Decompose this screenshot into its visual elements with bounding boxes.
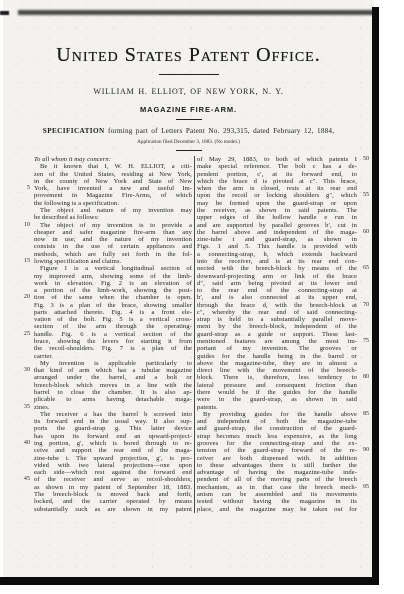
text-line: provement in Magazine Fire-Arms, of whic… bbox=[20, 192, 192, 199]
line-number bbox=[359, 440, 372, 447]
line-text: tion of the same when the chamber is ope… bbox=[34, 294, 192, 301]
line-text: The receiver a has the barrel b screwed … bbox=[34, 411, 192, 418]
text-line: pendent portion, c′, at its forward end,… bbox=[197, 171, 372, 178]
line-number bbox=[20, 316, 32, 323]
line-text: and guard-strap, the construction of the… bbox=[197, 425, 357, 432]
text-line: a portion of the limb-work, showing the … bbox=[20, 287, 192, 294]
text-line: zine-tube t and guard-strap, as shown in bbox=[197, 236, 372, 243]
line-number bbox=[359, 433, 372, 440]
line-text: lateral pressure and consequent friction… bbox=[197, 382, 357, 389]
text-line: zine-tube t. The upward projection, g′, … bbox=[20, 455, 192, 462]
line-number bbox=[359, 462, 372, 469]
line-number: 15 bbox=[20, 258, 32, 265]
text-line: as shown in my patent of September 18, 1… bbox=[20, 484, 192, 491]
text-line: My invention is applicable particularly … bbox=[20, 360, 192, 367]
text-line: the following is a specification. bbox=[20, 200, 192, 207]
paper: United States Patent Office. WILLIAM H. … bbox=[3, 0, 374, 578]
line-number bbox=[20, 178, 32, 185]
text-line: h′, and is also connected at its upper e… bbox=[197, 294, 372, 301]
text-line: has upon its forward end an upward-proje… bbox=[20, 433, 192, 440]
line-text: a connecting-strap, h, which extends bac… bbox=[197, 251, 357, 258]
text-line: arranged under the barrel, and a bolt or bbox=[20, 374, 192, 381]
text-line: tested without having the magazine in it… bbox=[197, 498, 372, 505]
line-text: guard-strap as a guide or support. These… bbox=[197, 331, 357, 338]
line-number: 40 bbox=[20, 440, 32, 447]
line-text: Fig. 3 is a plan of the brace, showing s… bbox=[34, 302, 192, 309]
line-number bbox=[359, 316, 372, 323]
line-number bbox=[20, 498, 32, 505]
line-text: the barrel above and independent of the … bbox=[197, 229, 357, 236]
line-text: block. There is, therefore, less tendenc… bbox=[197, 374, 357, 381]
text-line: now in use; and the nature of my inventi… bbox=[20, 236, 192, 243]
line-number bbox=[359, 251, 372, 258]
invention-title: MAGAZINE FIRE-ARM. bbox=[3, 105, 374, 114]
line-text: has upon its forward end an upward-proje… bbox=[34, 433, 192, 440]
line-number bbox=[20, 229, 32, 236]
text-line: work in elevation. Fig. 2 is an elevatio… bbox=[20, 280, 192, 287]
line-text: and are supported by parallel grooves b′… bbox=[197, 222, 357, 229]
line-text: may be formed upon the guard-strap or up… bbox=[197, 200, 357, 207]
text-line: 30that kind of arm which has a tubular m… bbox=[20, 367, 192, 374]
text-line: grooves for the connecting-strap and the… bbox=[197, 440, 372, 447]
text-line: guides for the handle being in the barre… bbox=[197, 353, 372, 360]
text-line: The receiver a has the barrel b screwed … bbox=[20, 411, 192, 418]
line-text: mentioned features are among the most im… bbox=[197, 338, 357, 345]
line-text: York, have invented a new and useful Im- bbox=[34, 185, 192, 192]
line-text: ports the guard-strap g. This latter dev… bbox=[34, 425, 192, 432]
text-line: carrier. bbox=[20, 353, 192, 360]
text-line: 15lowing specification and claims. bbox=[20, 258, 192, 265]
line-text: the receiver, as shown in said patents. … bbox=[197, 207, 357, 214]
line-text: grooves for the connecting-strap and the… bbox=[197, 440, 357, 447]
line-text: ceiver are both dispensed with. In addit… bbox=[197, 455, 357, 462]
line-text: The object and nature of my invention ma… bbox=[34, 207, 192, 214]
text-line: and are supported by parallel grooves b′… bbox=[197, 222, 372, 229]
line-number: 85 bbox=[359, 411, 372, 418]
text-line: ports the guard-strap g. This latter dev… bbox=[20, 425, 192, 432]
line-text: My invention is applicable particularly … bbox=[34, 360, 192, 367]
line-number bbox=[20, 171, 32, 178]
line-number bbox=[20, 353, 32, 360]
line-number bbox=[359, 469, 372, 476]
line-number bbox=[20, 462, 32, 469]
column-left: To all whom it may concern:Be it known t… bbox=[20, 156, 192, 513]
header-divider bbox=[159, 74, 219, 75]
scan-edge-top-left bbox=[0, 11, 9, 15]
line-text: a portion of the limb-work, showing the … bbox=[34, 287, 192, 294]
line-number bbox=[20, 411, 32, 418]
line-number: 60 bbox=[359, 229, 372, 236]
text-line: tension of the guard-strap forward of th… bbox=[197, 447, 372, 454]
line-number bbox=[359, 171, 372, 178]
line-text: place, and the magazine may be taken out… bbox=[197, 506, 357, 513]
line-number bbox=[20, 200, 32, 207]
line-number bbox=[359, 425, 372, 432]
line-number: 35 bbox=[20, 404, 32, 411]
line-text: were in the guard-strap, as shown in sai… bbox=[197, 396, 357, 403]
line-number: 80 bbox=[359, 374, 372, 381]
line-number bbox=[359, 491, 372, 498]
line-number: 75 bbox=[359, 338, 372, 345]
line-number bbox=[359, 243, 372, 250]
text-line: 40ing portion, g′, which is bored throug… bbox=[20, 440, 192, 447]
text-line: Figs. 1 and 5. This handle is provided w… bbox=[197, 243, 372, 250]
line-text: h′, and is also connected at its upper e… bbox=[197, 294, 357, 301]
scan-edge-bottom bbox=[0, 577, 379, 585]
line-text: into the receiver, and is at its rear en… bbox=[197, 258, 357, 265]
text-line: there would be if the guides for the han… bbox=[197, 389, 372, 396]
line-text: and independent of both the magazine-tub… bbox=[197, 418, 357, 425]
text-line: section of the arm through the operating… bbox=[20, 323, 192, 330]
line-number bbox=[359, 309, 372, 316]
text-line: be described as follows: bbox=[20, 214, 192, 221]
line-text: The object of my invention is to provide… bbox=[34, 222, 192, 229]
line-text: pendent portion, c′, at its forward end,… bbox=[197, 171, 357, 178]
text-line: 10The object of my invention is to provi… bbox=[20, 222, 192, 229]
line-number bbox=[20, 163, 32, 170]
line-text: to the rear end of the connecting-strap … bbox=[197, 287, 357, 294]
text-line: its forward end in the usual way. It als… bbox=[20, 418, 192, 425]
patent-page-scan: United States Patent Office. WILLIAM H. … bbox=[0, 0, 404, 594]
line-number: 30 bbox=[20, 367, 32, 374]
line-number bbox=[20, 338, 32, 345]
text-line: The object and nature of my invention ma… bbox=[20, 207, 192, 214]
spec-divider bbox=[176, 150, 202, 151]
line-number bbox=[359, 178, 372, 185]
line-text: upon the recoil or locking shoulders g″,… bbox=[197, 192, 357, 199]
line-text: handle. Fig. 6 is a vertical section of … bbox=[34, 331, 192, 338]
text-line: upon the recoil or locking shoulders g″,… bbox=[197, 192, 372, 199]
specification-text: forming part of Letters Patent No. 293,3… bbox=[108, 127, 334, 135]
line-text: By providing guides for the handle above bbox=[197, 411, 357, 418]
line-text: tension of the guard-strap forward of th… bbox=[197, 447, 357, 454]
line-number bbox=[20, 360, 32, 367]
line-number bbox=[20, 433, 32, 440]
scan-edge-right bbox=[372, 7, 379, 584]
line-text: anism can be assembled and its movements bbox=[197, 491, 357, 498]
line-number bbox=[359, 200, 372, 207]
line-number bbox=[20, 273, 32, 280]
text-line: direct line with the movement of the bre… bbox=[197, 367, 372, 374]
text-line: make special reference. The bolt c has a… bbox=[197, 163, 372, 170]
text-line: my improved arm, showing some of the lim… bbox=[20, 273, 192, 280]
line-text: upper edges of the hollow handle e run i… bbox=[197, 214, 357, 221]
text-line: in the county of New York and State of N… bbox=[20, 178, 192, 185]
line-number bbox=[359, 382, 372, 389]
text-line: substantially such as are shown in my pa… bbox=[20, 506, 192, 513]
text-line: when the arm is closed, rests at its rea… bbox=[197, 185, 372, 192]
text-line: to these advantages there is still furth… bbox=[197, 462, 372, 469]
line-text: nected with the breech-block by means of… bbox=[197, 265, 357, 272]
text-line: a connecting-strap, h, which extends bac… bbox=[197, 251, 372, 258]
line-number bbox=[20, 280, 32, 287]
text-line: mentioned features are among the most im… bbox=[197, 338, 372, 345]
line-text: substantially such as are shown in my pa… bbox=[34, 506, 192, 513]
text-line: d″, said arm being pivoted at its lower … bbox=[197, 280, 372, 287]
line-number bbox=[20, 236, 32, 243]
line-text: through the brace d, with the breech-blo… bbox=[197, 302, 357, 309]
line-text: strap is held to a substantially paralle… bbox=[197, 316, 357, 323]
text-line: anism can be assembled and its movements bbox=[197, 491, 372, 498]
text-line: vided with two lateral projections—one u… bbox=[20, 462, 192, 469]
text-line: lateral pressure and consequent friction… bbox=[197, 382, 372, 389]
line-text: d″, said arm being pivoted at its lower … bbox=[197, 280, 357, 287]
line-text: section of the arm through the operating… bbox=[34, 323, 192, 330]
line-number bbox=[359, 323, 372, 330]
line-number bbox=[20, 447, 32, 454]
line-text: consists in the use of certain appliance… bbox=[34, 243, 192, 250]
line-text: strap becomes much less expensive, as th… bbox=[197, 433, 357, 440]
text-line: 35zines. bbox=[20, 404, 192, 411]
text-line: brace, showing the levers for starting i… bbox=[20, 338, 192, 345]
inventor-line: WILLIAM H. ELLIOT, OF NEW YORK, N. Y. bbox=[3, 87, 374, 96]
line-number bbox=[359, 345, 372, 352]
line-text: vation of the bolt. Fig. 5 is a vertical… bbox=[34, 316, 192, 323]
line-text: To all whom it may concern: bbox=[34, 156, 192, 163]
text-line: To all whom it may concern: bbox=[20, 156, 192, 163]
text-line: Figure 1 is a vertical longitudinal sect… bbox=[20, 265, 192, 272]
line-text: of May 29, 1883, to both of which patent… bbox=[197, 156, 357, 163]
line-number bbox=[20, 418, 32, 425]
line-text: to these advantages there is still furth… bbox=[197, 462, 357, 469]
line-number bbox=[20, 374, 32, 381]
line-number bbox=[359, 404, 372, 411]
line-text: vided with two lateral projections—one u… bbox=[34, 462, 192, 469]
line-text: advantage of having the magazine-tube in… bbox=[197, 469, 357, 476]
line-number bbox=[20, 323, 32, 330]
line-number bbox=[20, 382, 32, 389]
line-number: 45 bbox=[20, 476, 32, 483]
line-text: provement in Magazine Fire-Arms, of whic… bbox=[34, 192, 192, 199]
text-line: advantage of having the magazine-tube in… bbox=[197, 469, 372, 476]
line-text: that kind of arm which has a tubular mag… bbox=[34, 367, 192, 374]
line-number bbox=[359, 214, 372, 221]
text-line: c″, whereby the rear end of said connect… bbox=[197, 309, 372, 316]
application-line: Application filed December 3, 1883. (No … bbox=[3, 139, 374, 145]
line-text: zine-tube t and guard-strap, as shown in bbox=[197, 236, 357, 243]
line-text: now in use; and the nature of my inventi… bbox=[34, 236, 192, 243]
line-text: locked, and the carrier operated by mean… bbox=[34, 498, 192, 505]
line-number: 65 bbox=[359, 265, 372, 272]
line-text: cheaper and safer magazine fire-arm than… bbox=[34, 229, 192, 236]
line-number bbox=[359, 367, 372, 374]
line-text: work in elevation. Fig. 2 is an elevatio… bbox=[34, 280, 192, 287]
line-number bbox=[20, 243, 32, 250]
text-line: cheaper and safer magazine fire-arm than… bbox=[20, 229, 192, 236]
text-line: patents. bbox=[197, 404, 372, 411]
line-text: portant of my invention. The grooves or bbox=[197, 345, 357, 352]
text-line: plicable to arms having detachable maga- bbox=[20, 396, 192, 403]
line-text: make special reference. The bolt c has a… bbox=[197, 163, 357, 170]
text-line: into the receiver, and is at its rear en… bbox=[197, 258, 372, 265]
line-number bbox=[20, 309, 32, 316]
line-text: c″, whereby the rear end of said connect… bbox=[197, 309, 357, 316]
line-text: zines. bbox=[34, 404, 192, 411]
line-number: 25 bbox=[20, 331, 32, 338]
text-line: methods, which are fully set forth in th… bbox=[20, 251, 192, 258]
text-line: block. There is, therefore, less tendenc… bbox=[197, 374, 372, 381]
text-line: 20tion of the same when the chamber is o… bbox=[20, 294, 192, 301]
text-line: pendent of all of the moving parts of th… bbox=[197, 476, 372, 483]
text-line: of May 29, 1883, to both of which patent… bbox=[197, 156, 372, 163]
line-text: of the receiver and serve as recoil-shou… bbox=[34, 476, 192, 483]
line-text: methods, which are fully set forth in th… bbox=[34, 251, 192, 258]
line-text: breech-block which moves in a line with … bbox=[34, 382, 192, 389]
line-text: parts attached thereto. Fig. 4 is a fron… bbox=[34, 309, 192, 316]
line-number bbox=[20, 214, 32, 221]
line-text: in the county of New York and State of N… bbox=[34, 178, 192, 185]
line-number bbox=[20, 506, 32, 513]
line-number: 70 bbox=[359, 302, 372, 309]
text-line: strap becomes much less expensive, as th… bbox=[197, 433, 372, 440]
line-text: lowing specification and claims. bbox=[34, 258, 192, 265]
text-line: Fig. 3 is a plan of the brace, showing s… bbox=[20, 302, 192, 309]
line-number: 50 bbox=[359, 156, 372, 163]
text-line: the barrel above and independent of the … bbox=[197, 229, 372, 236]
line-number bbox=[359, 331, 372, 338]
line-number: 95 bbox=[359, 484, 372, 491]
text-line: breech-block which moves in a line with … bbox=[20, 382, 192, 389]
line-number bbox=[20, 265, 32, 272]
line-number bbox=[20, 287, 32, 294]
line-text: zine-tube t. The upward projection, g′, … bbox=[34, 455, 192, 462]
text-line: locked, and the carrier operated by mean… bbox=[20, 498, 192, 505]
line-number bbox=[359, 185, 372, 192]
column-right: of May 29, 1883, to both of which patent… bbox=[197, 156, 372, 513]
text-line: which the brace d is pivoted at c″. This… bbox=[197, 178, 372, 185]
line-text: be described as follows: bbox=[34, 214, 192, 221]
line-text: ment by the breech-block, independent of… bbox=[197, 323, 357, 330]
text-line: ceive and support the rear end of the ma… bbox=[20, 447, 192, 454]
column-divider bbox=[194, 156, 195, 513]
specification-body: To all whom it may concern:Be it known t… bbox=[20, 156, 372, 513]
line-number bbox=[359, 222, 372, 229]
text-line: consists in the use of certain appliance… bbox=[20, 243, 192, 250]
line-text: barrel to close the chamber. It is also … bbox=[34, 389, 192, 396]
text-line: 45of the receiver and serve as recoil-sh… bbox=[20, 476, 192, 483]
line-text: zen of the United States, residing at Ne… bbox=[34, 171, 192, 178]
line-text: plicable to arms having detachable maga- bbox=[34, 396, 192, 403]
line-number bbox=[20, 192, 32, 199]
text-line: ment by the breech-block, independent of… bbox=[197, 323, 372, 330]
scan-edge-top bbox=[18, 10, 374, 15]
line-number bbox=[359, 294, 372, 301]
text-line: parts attached thereto. Fig. 4 is a fron… bbox=[20, 309, 192, 316]
line-text: Figs. 1 and 5. This handle is provided w… bbox=[197, 243, 357, 250]
title-divider bbox=[176, 119, 202, 120]
text-line: through the brace d, with the breech-blo… bbox=[197, 302, 372, 309]
patent-header: United States Patent Office. WILLIAM H. … bbox=[3, 44, 374, 151]
line-number bbox=[359, 287, 372, 294]
text-line: place, and the magazine may be taken out… bbox=[197, 506, 372, 513]
line-number bbox=[359, 506, 372, 513]
line-number bbox=[359, 498, 372, 505]
text-line: The breech-block is moved back and forth… bbox=[20, 491, 192, 498]
text-line: barrel to close the chamber. It is also … bbox=[20, 389, 192, 396]
line-text: the recoil-shoulders. Fig. 7 is a plan o… bbox=[34, 345, 192, 352]
text-line: downward-projecting arm or link of the b… bbox=[197, 273, 372, 280]
line-number bbox=[359, 455, 372, 462]
office-title: United States Patent Office. bbox=[3, 44, 374, 66]
text-line: ceiver are both dispensed with. In addit… bbox=[197, 455, 372, 462]
line-text: patents. bbox=[197, 404, 357, 411]
text-line: 25handle. Fig. 6 is a vertical section o… bbox=[20, 331, 192, 338]
line-text: above the magazine-tube, they are in alm… bbox=[197, 360, 357, 367]
text-line: each side—which rest against the forward… bbox=[20, 469, 192, 476]
line-text: tested without having the magazine in it… bbox=[197, 498, 357, 505]
line-number: 90 bbox=[359, 447, 372, 454]
line-text: The breech-block is moved back and forth… bbox=[34, 491, 192, 498]
text-line: mechanism, as in that case the breech me… bbox=[197, 484, 372, 491]
text-line: nected with the breech-block by means of… bbox=[197, 265, 372, 272]
line-text: brace, showing the levers for starting i… bbox=[34, 338, 192, 345]
line-text: Figure 1 is a vertical longitudinal sect… bbox=[34, 265, 192, 272]
line-number bbox=[20, 455, 32, 462]
line-number: 10 bbox=[20, 222, 32, 229]
text-line: were in the guard-strap, as shown in sai… bbox=[197, 396, 372, 403]
line-number bbox=[20, 491, 32, 498]
line-number: 55 bbox=[359, 192, 372, 199]
line-text: direct line with the movement of the bre… bbox=[197, 367, 357, 374]
line-number bbox=[20, 469, 32, 476]
line-number: 20 bbox=[20, 294, 32, 301]
specification-label: SPECIFICATION bbox=[43, 127, 105, 135]
line-number bbox=[359, 476, 372, 483]
text-line: and guard-strap, the construction of the… bbox=[197, 425, 372, 432]
text-line: the receiver, as shown in said patents. … bbox=[197, 207, 372, 214]
line-number bbox=[20, 389, 32, 396]
line-text: when the arm is closed, rests at its rea… bbox=[197, 185, 357, 192]
text-line: may be formed upon the guard-strap or up… bbox=[197, 200, 372, 207]
line-text: ing portion, g′, which is bored through … bbox=[34, 440, 192, 447]
line-number bbox=[359, 389, 372, 396]
line-number bbox=[359, 236, 372, 243]
line-text: each side—which rest against the forward… bbox=[34, 469, 192, 476]
text-line: and independent of both the magazine-tub… bbox=[197, 418, 372, 425]
text-line: guard-strap as a guide or support. These… bbox=[197, 331, 372, 338]
text-line: above the magazine-tube, they are in alm… bbox=[197, 360, 372, 367]
line-number bbox=[359, 280, 372, 287]
text-line: Be it known that I, W. H. ELLIOT, a citi… bbox=[20, 163, 192, 170]
line-text: my improved arm, showing some of the lim… bbox=[34, 273, 192, 280]
line-text: ceive and support the rear end of the ma… bbox=[34, 447, 192, 454]
text-line: 5York, have invented a new and useful Im… bbox=[20, 185, 192, 192]
line-number bbox=[359, 360, 372, 367]
text-line: the recoil-shoulders. Fig. 7 is a plan o… bbox=[20, 345, 192, 352]
text-line: to the rear end of the connecting-strap … bbox=[197, 287, 372, 294]
line-text: guides for the handle being in the barre… bbox=[197, 353, 357, 360]
line-text: as shown in my patent of September 18, 1… bbox=[34, 484, 192, 491]
text-line: zen of the United States, residing at Ne… bbox=[20, 171, 192, 178]
line-text: which the brace d is pivoted at c″. This… bbox=[197, 178, 357, 185]
specification-line: SPECIFICATION forming part of Letters Pa… bbox=[3, 127, 374, 135]
line-text: carrier. bbox=[34, 353, 192, 360]
line-text: there would be if the guides for the han… bbox=[197, 389, 357, 396]
text-line: strap is held to a substantially paralle… bbox=[197, 316, 372, 323]
line-number bbox=[20, 425, 32, 432]
line-text: pendent of all of the moving parts of th… bbox=[197, 476, 357, 483]
line-number bbox=[359, 273, 372, 280]
line-text: its forward end in the usual way. It als… bbox=[34, 418, 192, 425]
line-text: arranged under the barrel, and a bolt or bbox=[34, 374, 192, 381]
line-text: mechanism, as in that case the breech me… bbox=[197, 484, 357, 491]
line-text: downward-projecting arm or link of the b… bbox=[197, 273, 357, 280]
line-number bbox=[20, 207, 32, 214]
line-number bbox=[359, 258, 372, 265]
line-number bbox=[20, 251, 32, 258]
text-line: upper edges of the hollow handle e run i… bbox=[197, 214, 372, 221]
line-number: 5 bbox=[20, 185, 32, 192]
